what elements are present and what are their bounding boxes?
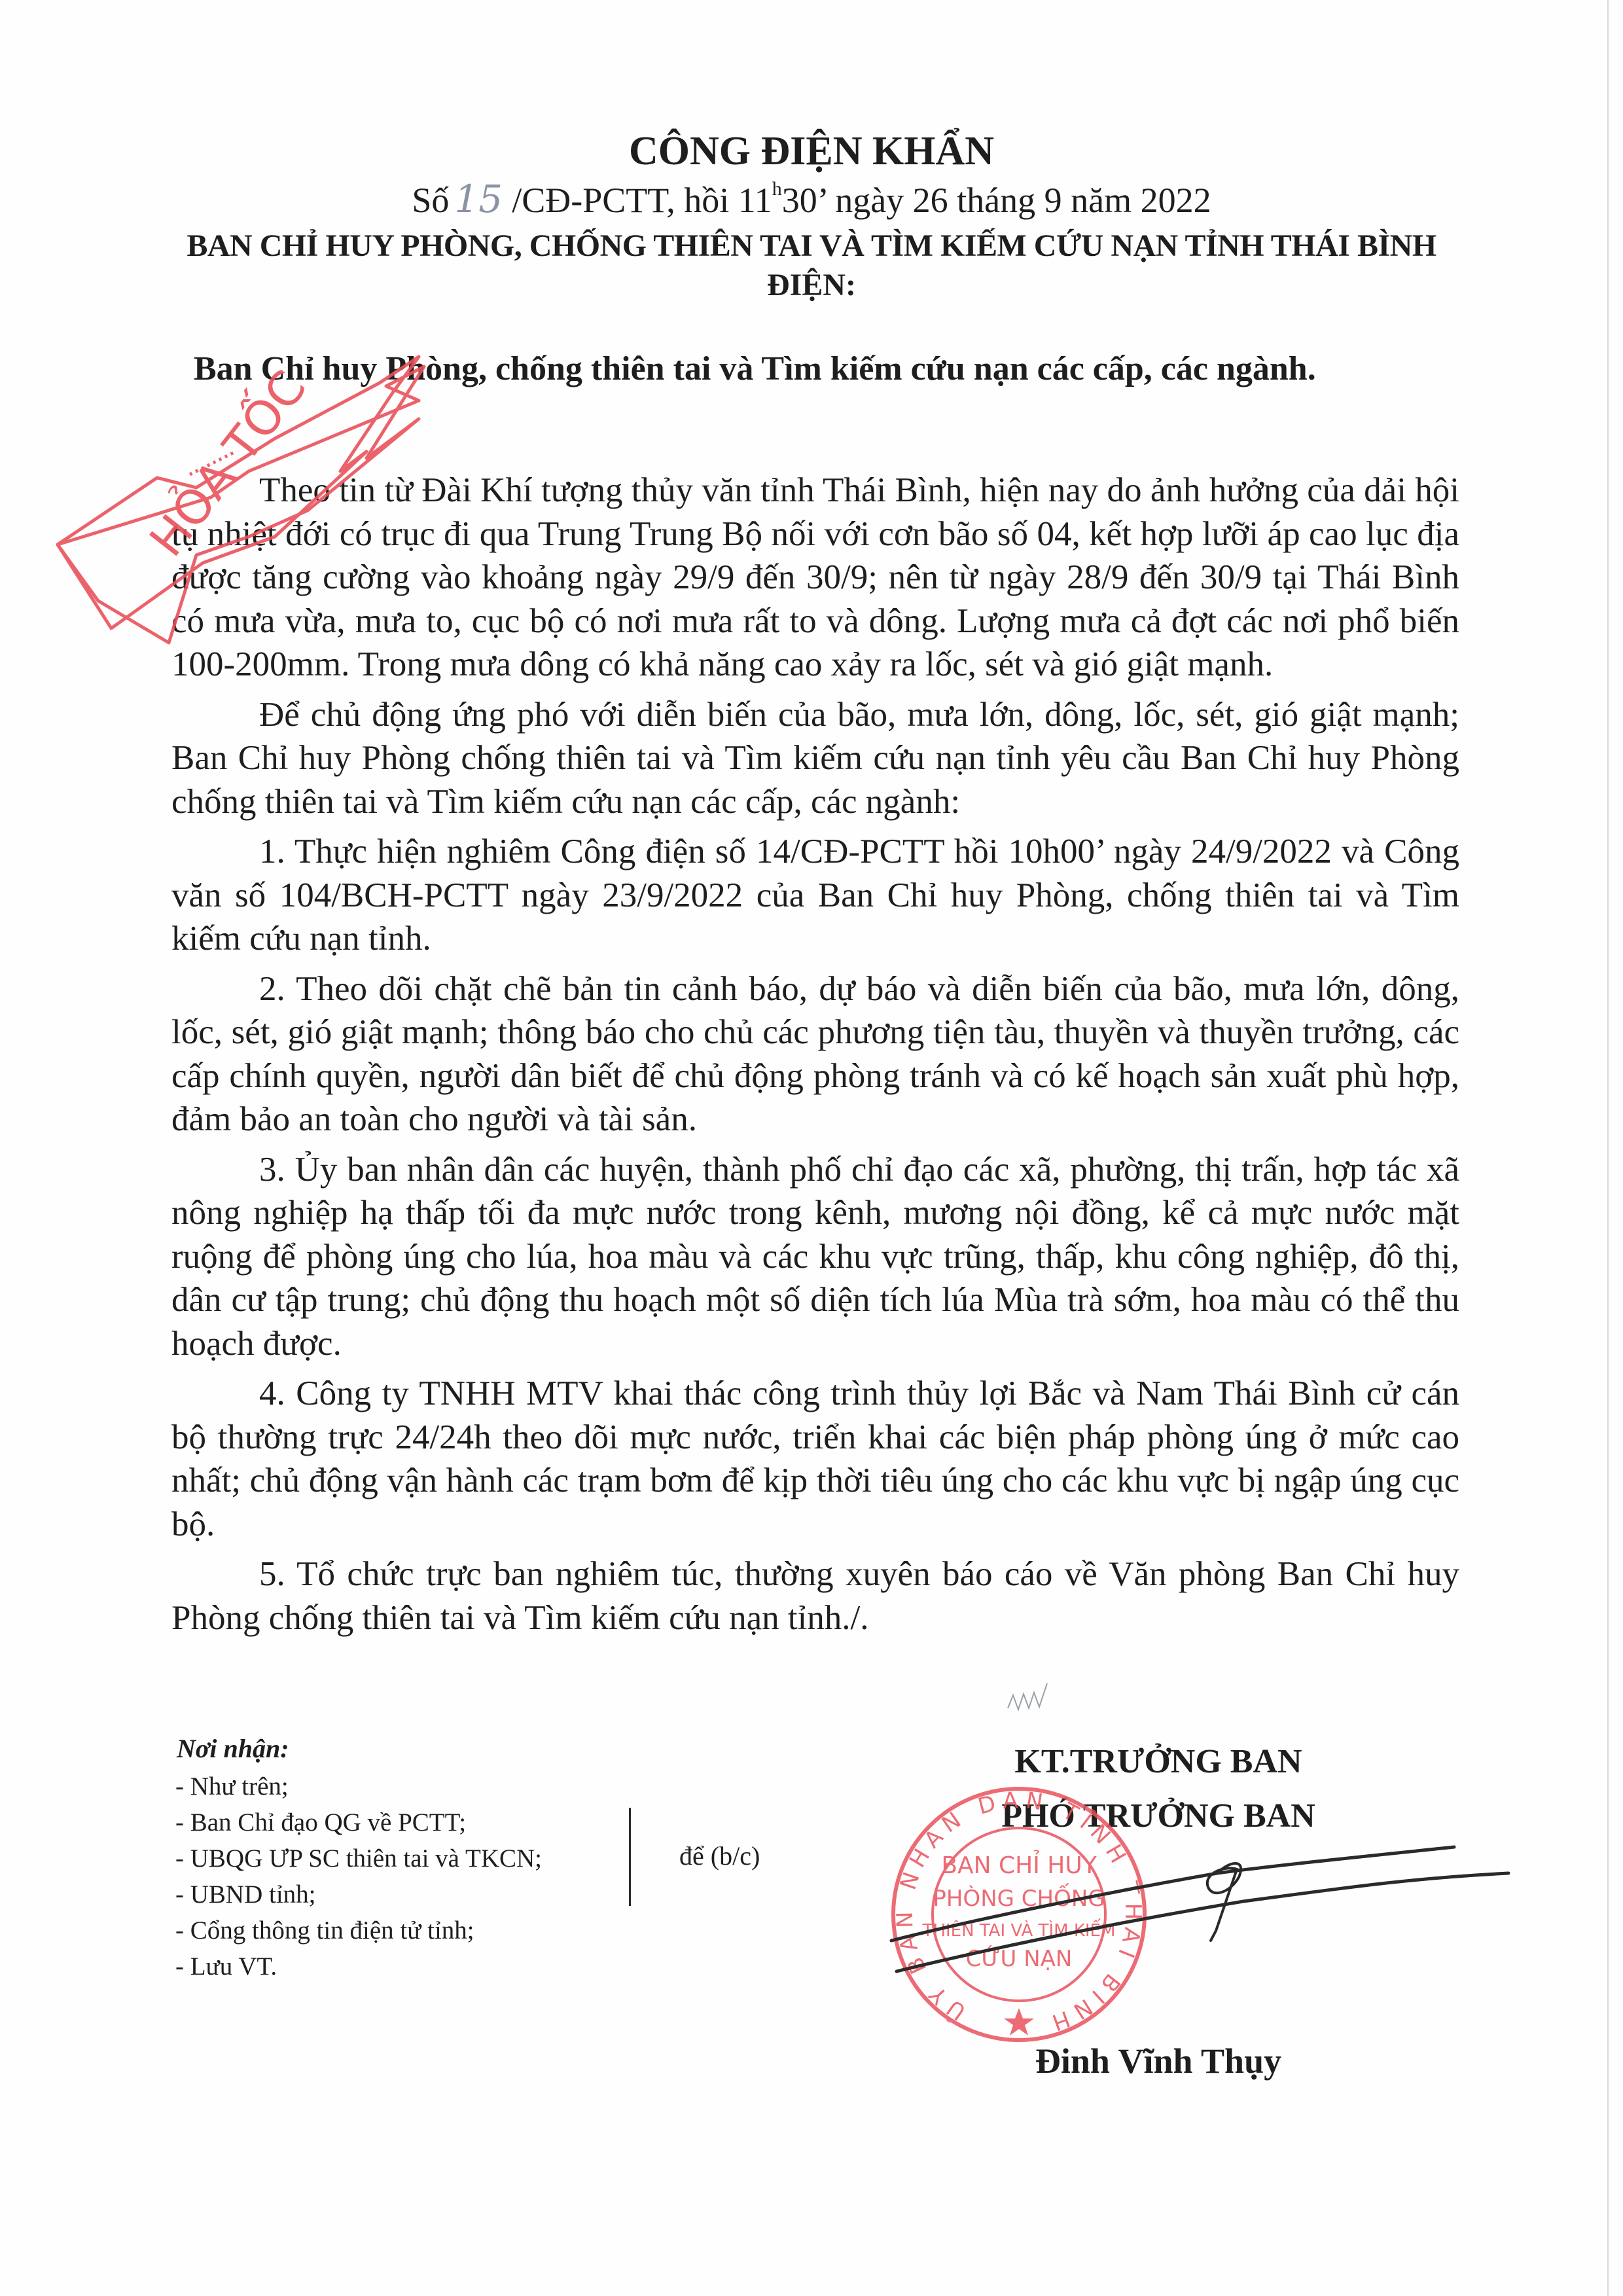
document-body: Theo tin từ Đài Khí tượng thủy văn tỉnh … (171, 469, 1459, 1640)
recipient-item: - UBQG ƯP SC thiên tai và TKCN; (175, 1840, 542, 1876)
signature-loop (1207, 1863, 1241, 1941)
handwritten-signature (891, 1847, 1508, 1971)
signature-title-2: PHÓ TRƯỞNG BAN (942, 1797, 1374, 1835)
signature-title-1: KT.TRƯỞNG BAN (942, 1742, 1374, 1781)
recipient-item: - Ban Chỉ đạo QG về PCTT; (175, 1804, 542, 1840)
addressee-line: Ban Chỉ huy Phòng, chống thiên tai và Tì… (194, 350, 1316, 388)
handwritten-number: 15 (449, 177, 512, 221)
seal-inner-ring (933, 1828, 1105, 2001)
number-prefix: Số (412, 181, 449, 220)
recipient-item: - Lưu VT. (175, 1948, 542, 1984)
paragraph-item-4: 4. Công ty TNHH MTV khai thác công trình… (171, 1372, 1459, 1546)
recipient-item: - Như trên; (175, 1768, 542, 1804)
paragraph-request: Để chủ động ứng phó với diễn biến của bã… (171, 693, 1459, 824)
recipients-list: - Như trên; - Ban Chỉ đạo QG về PCTT; - … (175, 1768, 542, 1984)
time-superscript: h (772, 178, 782, 200)
bracket-note: để (b/c) (679, 1840, 760, 1871)
seal-inner-line: PHÒNG CHỐNG (933, 1882, 1105, 1912)
recipient-item: - UBND tỉnh; (175, 1876, 542, 1912)
page-edge (1607, 0, 1609, 2296)
signature-stroke (891, 1847, 1454, 1941)
recipients-bracket (629, 1808, 631, 1906)
initials-mark (1008, 1683, 1047, 1710)
signer-name: Đinh Vĩnh Thụy (942, 2041, 1374, 2081)
seal-inner-line: BAN CHỈ HUY (941, 1850, 1097, 1879)
signature-stroke (897, 1873, 1508, 1971)
date-text: 30’ ngày 26 tháng 9 năm 2022 (782, 181, 1211, 220)
paragraph-item-2: 2. Theo dõi chặt chẽ bản tin cảnh báo, d… (171, 967, 1459, 1141)
recipients-heading: Nơi nhận: (177, 1733, 289, 1764)
seal-star-icon (1004, 2008, 1034, 2036)
seal-inner-line: THIÊN TAI VÀ TÌM KIẾM (922, 1918, 1116, 1941)
recipient-item: - Cổng thông tin điện tử tỉnh; (175, 1912, 542, 1948)
document-page: CÔNG ĐIỆN KHẨN Số15/CĐ-PCTT, hồi 11h30’ … (0, 0, 1623, 2296)
number-code: /CĐ-PCTT, hồi 11 (512, 181, 772, 220)
document-title: CÔNG ĐIỆN KHẨN (0, 128, 1623, 175)
paragraph-intro: Theo tin từ Đài Khí tượng thủy văn tỉnh … (171, 469, 1459, 687)
document-number-line: Số15/CĐ-PCTT, hồi 11h30’ ngày 26 tháng 9… (0, 177, 1623, 221)
paragraph-item-5: 5. Tổ chức trực ban nghiêm túc, thường x… (171, 1552, 1459, 1640)
dien-label: ĐIỆN: (0, 267, 1623, 303)
paragraph-item-3: 3. Ủy ban nhân dân các huyện, thành phố … (171, 1148, 1459, 1366)
issuing-agency: BAN CHỈ HUY PHÒNG, CHỐNG THIÊN TAI VÀ TÌ… (0, 228, 1623, 264)
paragraph-item-1: 1. Thực hiện nghiêm Công điện số 14/CĐ-P… (171, 830, 1459, 961)
seal-inner-line: CỨU NẠN (966, 1945, 1073, 1972)
